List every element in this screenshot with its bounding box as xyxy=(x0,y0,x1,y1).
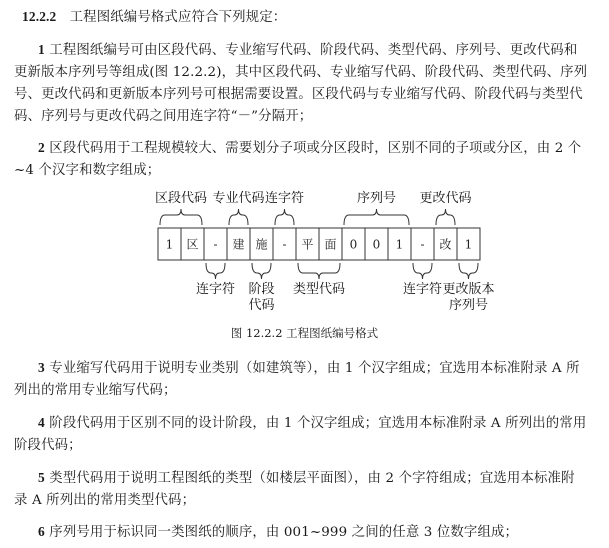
item-text: 序列号用于标识同一类图纸的顺序，由 001~999 之间的任意 3 位数字组成； xyxy=(49,525,518,540)
item-text: 类型代码用于说明工程图纸的类型（如楼层平面图），由 2 个字符组成；宜选用本标准… xyxy=(49,471,574,486)
item-number: 5 xyxy=(38,470,45,485)
brace xyxy=(229,209,248,225)
brace xyxy=(298,263,340,279)
code-cell: 面 xyxy=(324,238,336,252)
brace xyxy=(413,263,432,279)
item-6-line-1: 6 序列号用于标识同一类图纸的顺序，由 001~999 之间的任意 3 位数字组… xyxy=(38,521,518,540)
item-5-line-2: 录 A 所列出的常用类型代码； xyxy=(14,489,195,508)
bottom-label: 更改版本 xyxy=(442,281,494,297)
item-4-line-1: 4 阶段代码用于区别不同的设计阶段，由 1 个汉字组成；宜选用本标准附录 A 所… xyxy=(38,412,586,431)
code-cell: - xyxy=(282,238,286,252)
brace xyxy=(275,209,294,225)
code-cell: - xyxy=(420,238,424,252)
item-number: 4 xyxy=(38,415,45,430)
figure-caption: 图 12.2.2 工程图纸编号格式 xyxy=(0,325,609,341)
code-cell: 1 xyxy=(396,238,404,252)
code-cell: 建 xyxy=(232,237,244,252)
bottom-label: 连字符 xyxy=(403,282,442,297)
code-cell: 施 xyxy=(255,238,267,252)
bottom-label: 类型代码 xyxy=(293,281,345,297)
code-cell: 区 xyxy=(186,238,198,252)
brace xyxy=(344,209,409,225)
code-cell: 0 xyxy=(373,238,381,252)
code-cell: 平 xyxy=(301,238,313,252)
bottom-label: 阶段 xyxy=(248,282,274,297)
brace xyxy=(436,209,455,225)
item-text: 专业缩写代码用于说明专业类别（如建筑等），由 1 个汉字组成；宜选用本标准附录 … xyxy=(49,361,579,376)
top-label: 连字符 xyxy=(265,191,304,206)
brace xyxy=(160,209,202,225)
top-label: 区段代码 xyxy=(155,191,207,206)
code-cell: - xyxy=(213,238,217,252)
item-3-line-2: 列出的常用专业缩写代码； xyxy=(14,379,177,398)
top-label: 序列号 xyxy=(357,190,396,206)
item-number: 6 xyxy=(38,524,45,539)
code-cell: 1 xyxy=(465,238,473,252)
item-4-line-2: 阶段代码； xyxy=(14,434,82,453)
item-number: 3 xyxy=(38,360,45,375)
code-cell: 改 xyxy=(439,238,451,252)
code-cell: 0 xyxy=(350,238,358,252)
code-cell: 1 xyxy=(166,238,174,252)
brace xyxy=(252,263,271,279)
item-5-line-1: 5 类型代码用于说明工程图纸的类型（如楼层平面图），由 2 个字符组成；宜选用本… xyxy=(38,467,575,486)
top-label: 专业代码 xyxy=(212,190,264,206)
item-3-line-1: 3 专业缩写代码用于说明专业类别（如建筑等），由 1 个汉字组成；宜选用本标准附… xyxy=(38,357,580,376)
top-label: 更改代码 xyxy=(419,191,471,206)
bottom-label: 代码 xyxy=(248,298,274,313)
bottom-label: 序列号 xyxy=(449,297,488,313)
brace xyxy=(459,263,478,279)
brace xyxy=(206,263,225,279)
drawing-number-diagram: 1区-建施-平面001-改1区段代码专业代码连字符序列号更改代码连字符阶段代码类… xyxy=(0,0,609,320)
item-text: 阶段代码用于区别不同的设计阶段，由 1 个汉字组成；宜选用本标准附录 A 所列出… xyxy=(49,416,586,431)
bottom-label: 连字符 xyxy=(196,282,235,297)
